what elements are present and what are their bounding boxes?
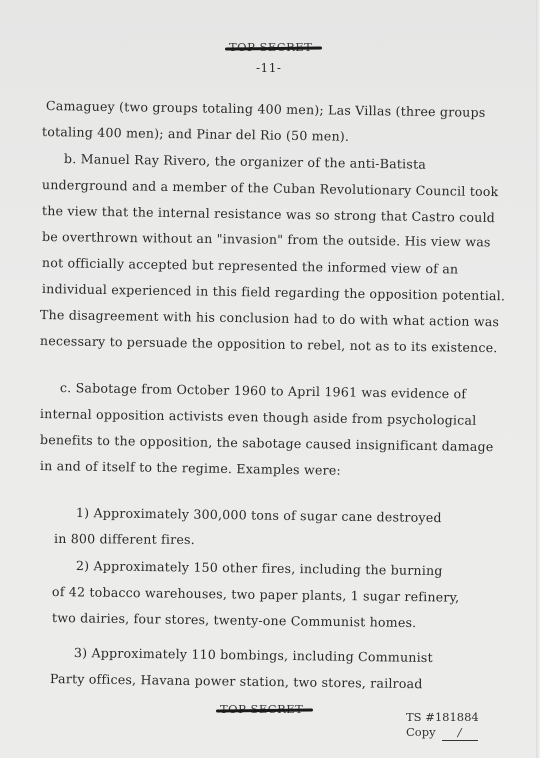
page-edge <box>536 0 540 758</box>
text-line: Camaguey (two groups totaling 400 men); … <box>46 98 486 120</box>
copy-label: Copy <box>406 725 436 739</box>
copy-number: / <box>442 725 478 741</box>
text-line: b. Manuel Ray Rivero, the organizer of t… <box>64 151 426 172</box>
ts-number: TS #181884 <box>406 710 479 725</box>
classification-header: TOP SECRET <box>229 40 312 54</box>
text-line: the view that the internal resistance wa… <box>42 203 495 225</box>
page-number: -11- <box>256 61 281 75</box>
text-line: two dairies, four stores, twenty-one Com… <box>52 610 417 630</box>
control-number-block: TS #181884 Copy/ <box>406 710 479 741</box>
text-line: underground and a member of the Cuban Re… <box>42 177 499 199</box>
copy-field: Copy/ <box>406 725 479 741</box>
text-line: c. Sabotage from October 1960 to April 1… <box>60 380 466 401</box>
classification-footer: TOP SECRET <box>220 702 303 716</box>
text-line: be overthrown without an "invasion" from… <box>42 229 491 249</box>
text-line: 3) Approximately 110 bombings, including… <box>74 645 433 665</box>
text-line: of 42 tobacco warehouses, two paper plan… <box>52 584 460 605</box>
text-line: totaling 400 men); and Pinar del Rio (50… <box>42 124 349 144</box>
text-line: not officially accepted but represented … <box>42 255 459 277</box>
text-line: 1) Approximately 300,000 tons of sugar c… <box>76 505 442 525</box>
text-line: necessary to persuade the opposition to … <box>40 333 498 355</box>
text-line: benefits to the opposition, the sabotage… <box>40 432 494 454</box>
text-line: individual experienced in this field reg… <box>42 281 505 303</box>
text-line: internal opposition activists even thoug… <box>40 406 477 428</box>
document-page: TOP SECRET -11- Camaguey (two groups tot… <box>0 0 540 758</box>
text-line: The disagreement with his conclusion had… <box>40 307 499 329</box>
text-line: 2) Approximately 150 other fires, includ… <box>76 558 443 578</box>
text-line: in 800 different fires. <box>54 531 195 547</box>
text-line: Party offices, Havana power station, two… <box>50 671 423 691</box>
text-line: in and of itself to the regime. Examples… <box>40 458 341 478</box>
